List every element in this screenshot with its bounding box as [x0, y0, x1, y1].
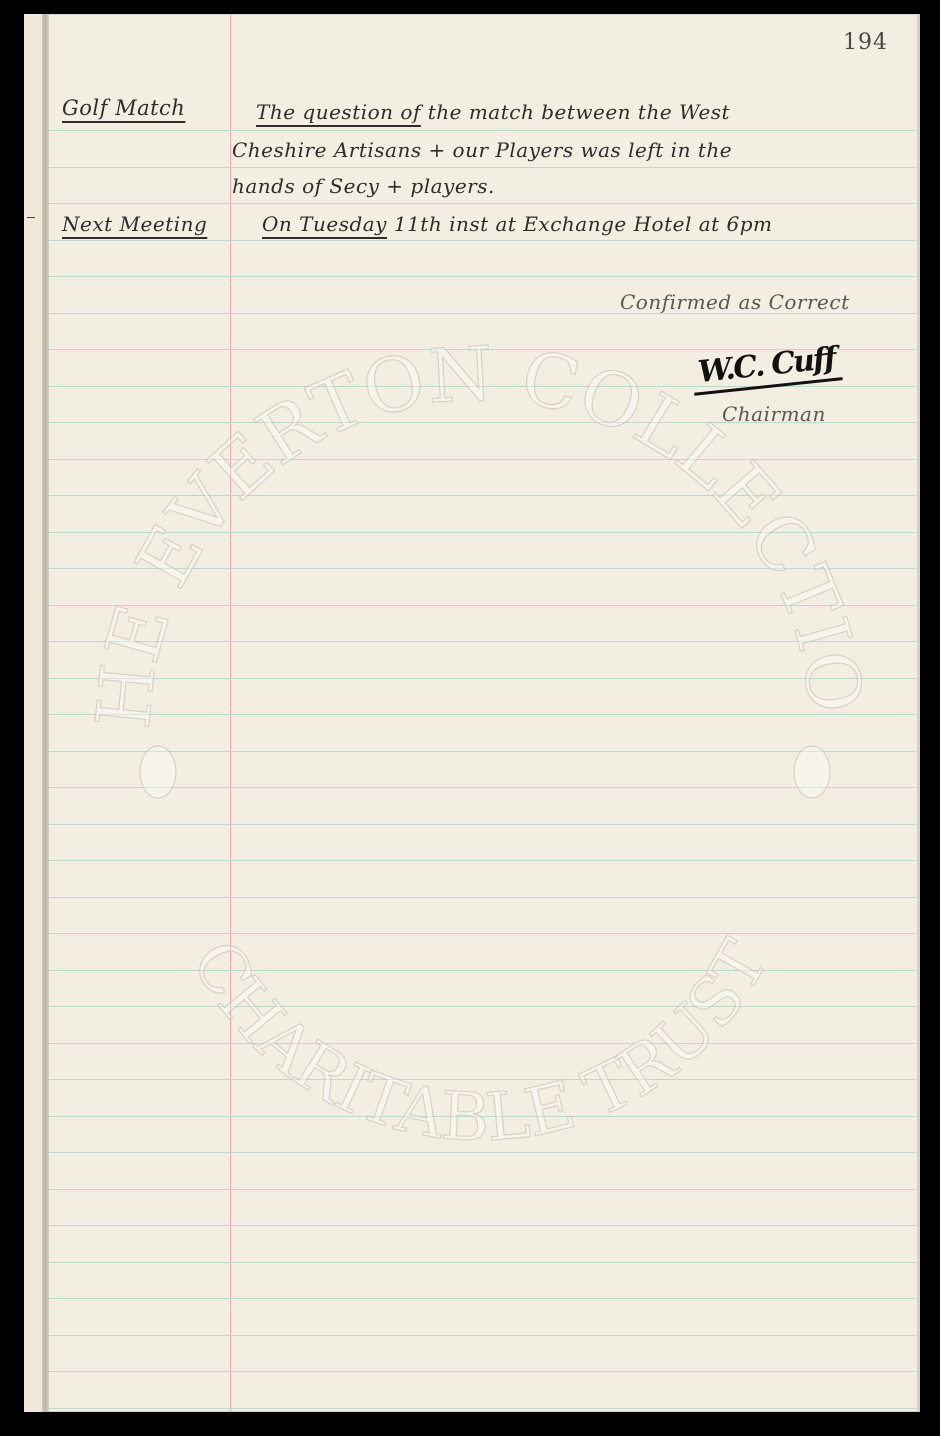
- ruled-line: [49, 495, 917, 496]
- ruled-line: [49, 1043, 917, 1044]
- ruled-line: [49, 933, 917, 934]
- ruled-line: [49, 824, 917, 825]
- ruled-line: [49, 1079, 917, 1080]
- ruled-line: [49, 678, 917, 679]
- ruled-line: [49, 860, 917, 861]
- ruled-line: [49, 240, 917, 241]
- ruled-line: [49, 1116, 917, 1117]
- red-margin-line: [230, 14, 231, 1412]
- ruled-line: [49, 641, 917, 642]
- entry-heading-golf-match: Golf Match: [62, 96, 185, 120]
- ruled-line: [49, 605, 917, 606]
- ruled-line: [49, 787, 917, 788]
- ruled-line: [49, 203, 917, 204]
- ruled-line: [49, 714, 917, 715]
- ruled-line: [49, 167, 917, 168]
- chairman-title: Chairman: [722, 402, 826, 426]
- margin-tick-mark: [27, 217, 35, 218]
- page-right-edge: [917, 14, 920, 1412]
- ruled-line: [49, 751, 917, 752]
- entry-line: Cheshire Artisans + our Players was left…: [232, 138, 732, 162]
- entry-line: hands of Secy + players.: [232, 174, 495, 198]
- ruled-line: [49, 459, 917, 460]
- underlined-lead: The question of: [256, 100, 421, 124]
- entry-line-rest: the match between the West: [428, 100, 730, 124]
- ruled-line: [49, 1298, 917, 1299]
- ruled-line: [49, 532, 917, 533]
- ruled-line: [49, 1335, 917, 1336]
- ruled-line: [49, 1225, 917, 1226]
- ruled-line: [49, 1152, 917, 1153]
- ruled-line: [49, 1189, 917, 1190]
- ruled-line: [49, 386, 917, 387]
- ruled-line: [49, 1006, 917, 1007]
- ruled-line: [49, 897, 917, 898]
- binding-gutter: [42, 14, 49, 1412]
- entry-line: The question of the match between the We…: [256, 100, 896, 124]
- ruled-line: [49, 970, 917, 971]
- ruled-line: [49, 568, 917, 569]
- underlined-lead: On Tuesday: [262, 212, 387, 236]
- ruled-line: [49, 1371, 917, 1372]
- ruled-line: [49, 130, 917, 131]
- confirmed-as-correct: Confirmed as Correct: [620, 290, 850, 314]
- entry-heading-next-meeting: Next Meeting: [62, 212, 207, 236]
- entry-line: On Tuesday 11th inst at Exchange Hotel a…: [262, 212, 773, 236]
- page-number: 194: [843, 30, 888, 55]
- ruled-line: [49, 1408, 917, 1409]
- ruled-line: [49, 276, 917, 277]
- ruled-line: [49, 1262, 917, 1263]
- page-edge: [24, 14, 43, 1412]
- entry-line-rest: 11th inst at Exchange Hotel at 6pm: [394, 212, 773, 236]
